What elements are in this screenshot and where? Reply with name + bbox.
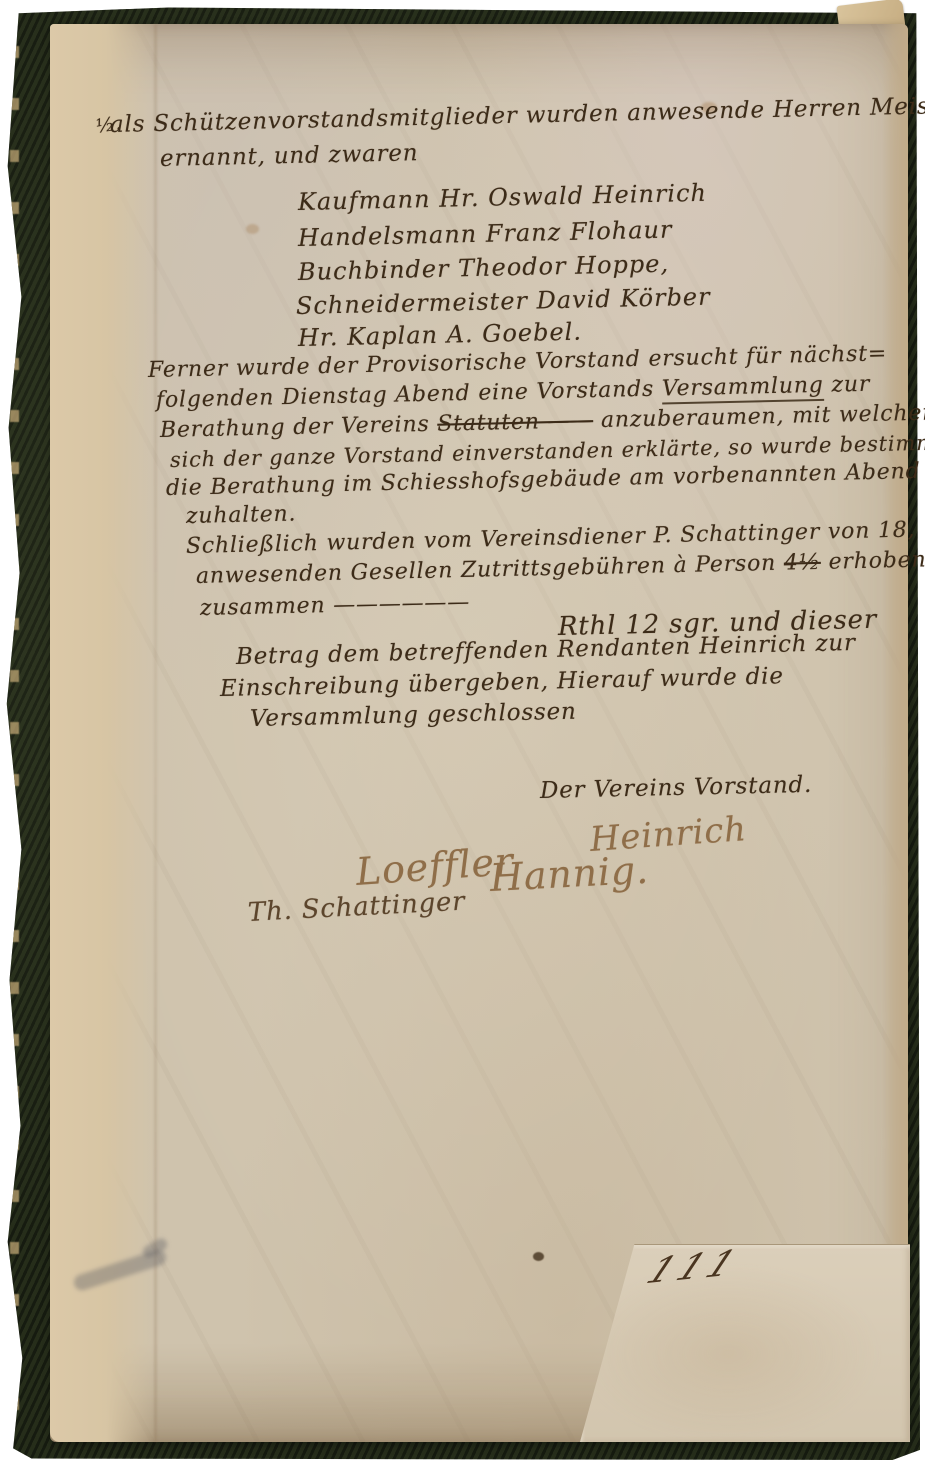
page-gutter-shading [50, 24, 158, 1442]
para3-line-6: Einschreibung übergeben, Hierauf wurde d… [220, 663, 784, 702]
member-line: Handelsmann Franz Flohaur [298, 216, 673, 252]
foxing-spot [246, 224, 259, 234]
page-number: 111 [640, 1243, 748, 1293]
para2-line-2-underlined: Versammlung [662, 373, 824, 405]
para3-line-7: Versammlung geschlossen [250, 699, 577, 732]
member-line: Kaufmann Hr. Oswald Heinrich [298, 179, 708, 216]
intro-line-1: als Schützenvorstandsmitglieder wurden a… [110, 93, 925, 138]
member-line: Buchbinder Theodor Hoppe, [298, 250, 670, 286]
gutter-crease [154, 24, 157, 1442]
page-fore-edge [882, 24, 908, 1442]
para2-line-3-text: Berathung der Vereins [160, 412, 438, 443]
manuscript-page: ½. als Schützenvorstandsmitglieder wurde… [50, 24, 908, 1442]
para3-line-2-struck: 4½ [784, 550, 821, 576]
para3-line-2-tail: erhoben, [821, 547, 925, 575]
repair-patch: 111 [580, 1244, 910, 1442]
closing-line: Der Vereins Vorstand. [540, 772, 813, 804]
member-line: Hr. Kaplan A. Goebel. [298, 318, 583, 352]
signature-hannig: Hannig. [489, 848, 650, 900]
member-line: Schneidermeister David Körber [296, 283, 711, 320]
frayed-binding-edge [10, 46, 19, 1426]
para2-line-2-tail: zur [823, 372, 870, 398]
intro-line-2: ernannt, und zwaren [160, 140, 419, 172]
signature-schattinger: Th. Schattinger [247, 887, 466, 928]
ink-stain [533, 1252, 544, 1261]
para2-line-3-tail: anzuberaumen, mit welcher [593, 400, 925, 433]
para2-line-6: zuhalten. [186, 502, 297, 529]
para3-line-3: zusammen —————— [200, 590, 471, 621]
para2-line-3-struck: Statuten —— [437, 408, 593, 437]
